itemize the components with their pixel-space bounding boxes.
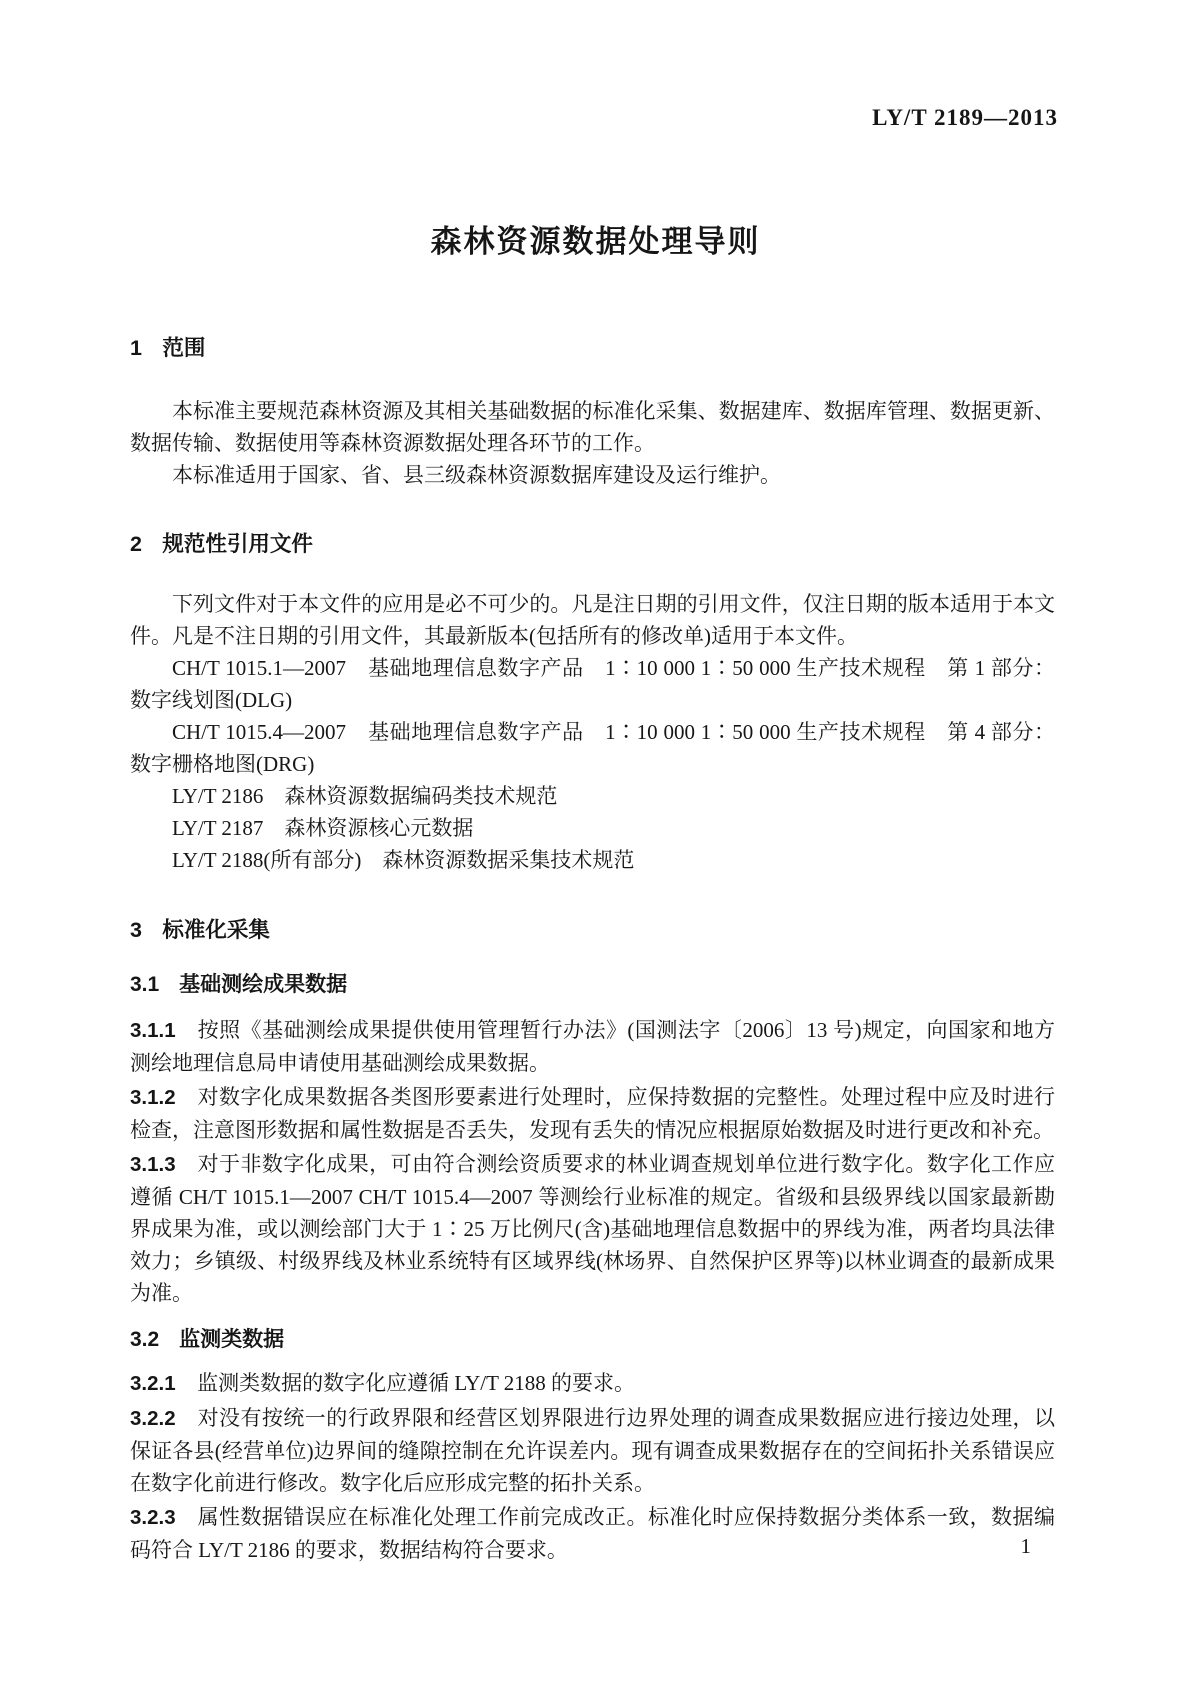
clause-3-2-1-text: 监测类数据的数字化应遵循 LY/T 2188 的要求。 (197, 1371, 635, 1395)
document-page: LY/T 2189—2013 森林资源数据处理导则 1范围 本标准主要规范森林资… (0, 0, 1191, 1684)
clause-3-2-2: 3.2.2对没有按统一的行政界限和经营区划界限进行边界处理的调查成果数据应进行接… (130, 1402, 1055, 1499)
section-2-paragraph: 下列文件对于本文件的应用是必不可少的。凡是注日期的引用文件，仅注日期的版本适用于… (130, 588, 1055, 652)
section-2-title: 规范性引用文件 (162, 532, 313, 556)
section-1-number: 1 (130, 336, 142, 360)
reference-entry: LY/T 2187 森林资源核心元数据 (130, 812, 1055, 844)
clause-3-2-3-number: 3.2.3 (130, 1506, 176, 1529)
clause-3-2-2-text: 对没有按统一的行政界限和经营区划界限进行边界处理的调查成果数据应进行接边处理，以… (130, 1406, 1055, 1495)
clause-3-1-2-text: 对数字化成果数据各类图形要素进行处理时，应保持数据的完整性。处理过程中应及时进行… (130, 1085, 1055, 1142)
section-3-title: 标准化采集 (162, 918, 270, 942)
subsection-3-1-title: 基础测绘成果数据 (179, 973, 347, 996)
clause-3-1-2-number: 3.1.2 (130, 1086, 176, 1109)
section-1-heading: 1范围 (130, 332, 1055, 364)
reference-entry: LY/T 2186 森林资源数据编码类技术规范 (130, 780, 1055, 812)
clause-3-1-1: 3.1.1按照《基础测绘成果提供使用管理暂行办法》(国测法字〔2006〕13 号… (130, 1014, 1055, 1079)
section-3-heading: 3标准化采集 (130, 914, 1055, 946)
section-3-number: 3 (130, 918, 142, 942)
clause-3-1-2: 3.1.2对数字化成果数据各类图形要素进行处理时，应保持数据的完整性。处理过程中… (130, 1081, 1055, 1146)
clause-3-2-1-number: 3.2.1 (130, 1372, 176, 1395)
subsection-3-2-number: 3.2 (130, 1328, 159, 1351)
page-number: 1 (1021, 1530, 1032, 1562)
section-2-number: 2 (130, 532, 142, 556)
clause-3-2-3: 3.2.3属性数据错误应在标准化处理工作前完成改正。标准化时应保持数据分类体系一… (130, 1501, 1055, 1566)
clause-3-1-3-number: 3.1.3 (130, 1153, 176, 1176)
clause-3-2-3-text: 属性数据错误应在标准化处理工作前完成改正。标准化时应保持数据分类体系一致，数据编… (130, 1505, 1055, 1562)
section-1-paragraph: 本标准适用于国家、省、县三级森林资源数据库建设及运行维护。 (130, 459, 1055, 491)
clause-3-2-2-number: 3.2.2 (130, 1407, 176, 1430)
doc-content: 1范围 本标准主要规范森林资源及其相关基础数据的标准化采集、数据建库、数据库管理… (0, 332, 1191, 1566)
section-1-paragraph: 本标准主要规范森林资源及其相关基础数据的标准化采集、数据建库、数据库管理、数据更… (130, 395, 1055, 459)
subsection-3-2-heading: 3.2监测类数据 (130, 1324, 1055, 1356)
clause-3-1-3-text: 对于非数字化成果，可由符合测绘资质要求的林业调查规划单位进行数字化。数字化工作应… (130, 1152, 1055, 1305)
subsection-3-1-heading: 3.1基础测绘成果数据 (130, 969, 1055, 1001)
reference-entry: LY/T 2188(所有部分) 森林资源数据采集技术规范 (130, 844, 1055, 876)
doc-code: LY/T 2189—2013 (0, 0, 1191, 133)
doc-title: 森林资源数据处理导则 (0, 219, 1191, 265)
reference-entry: CH/T 1015.4—2007 基础地理信息数字产品 1∶10 000 1∶5… (130, 716, 1055, 780)
subsection-3-2-title: 监测类数据 (179, 1328, 284, 1351)
clause-3-1-1-text: 按照《基础测绘成果提供使用管理暂行办法》(国测法字〔2006〕13 号)规定，向… (130, 1018, 1055, 1075)
clause-3-2-1: 3.2.1监测类数据的数字化应遵循 LY/T 2188 的要求。 (130, 1367, 1055, 1400)
clause-3-1-3: 3.1.3对于非数字化成果，可由符合测绘资质要求的林业调查规划单位进行数字化。数… (130, 1148, 1055, 1309)
clause-3-1-1-number: 3.1.1 (130, 1019, 176, 1042)
section-1-title: 范围 (162, 336, 205, 360)
subsection-3-1-number: 3.1 (130, 973, 159, 996)
reference-entry: CH/T 1015.1—2007 基础地理信息数字产品 1∶10 000 1∶5… (130, 652, 1055, 716)
section-2-heading: 2规范性引用文件 (130, 528, 1055, 560)
